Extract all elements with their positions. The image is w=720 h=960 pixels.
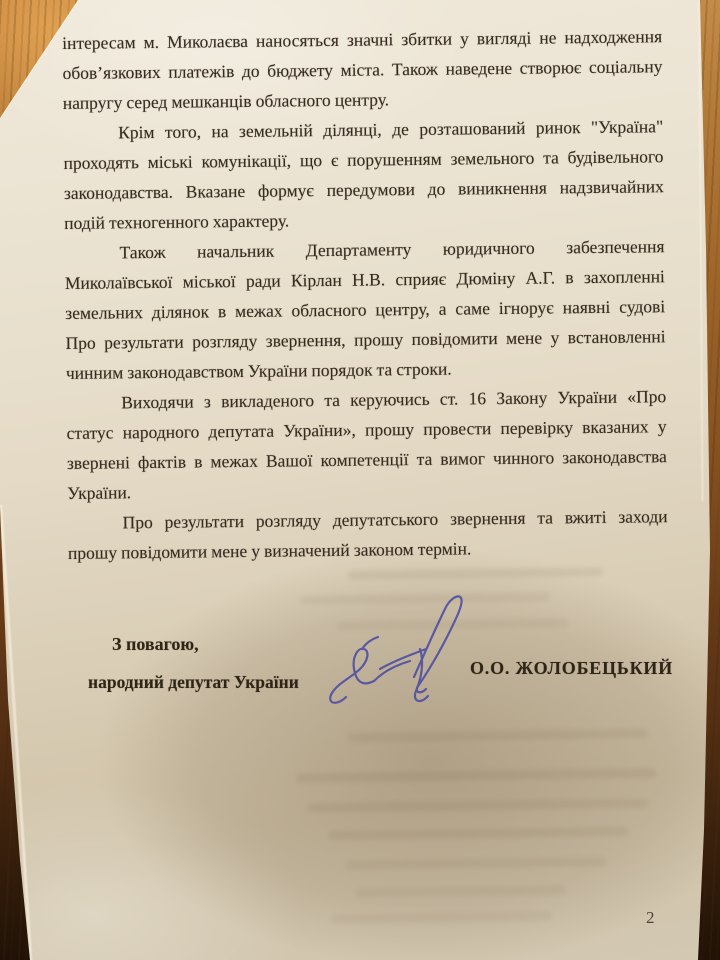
letter-body: інтересам м. Миколаєва наносяться значні… <box>62 21 668 568</box>
bleed-through-text-line <box>348 729 648 742</box>
signatory-title: народний депутат України <box>88 672 299 693</box>
bleed-through-text-line <box>296 768 656 782</box>
paragraph: Крім того, на земельній ділянці, де розт… <box>63 111 664 238</box>
signatory-name: О.О. ЖОЛОБЕЦЬКИЙ <box>470 658 673 679</box>
text-line: прошу повідомити мене у визначений закон… <box>68 531 668 568</box>
paper-sheet: інтересам м. Миколаєва наносяться значні… <box>0 0 720 960</box>
handwritten-signature-icon <box>318 585 488 720</box>
bleed-through-text-line <box>348 567 603 580</box>
bleed-through-text-line <box>346 857 606 870</box>
bleed-through-text-line <box>356 886 566 898</box>
bleed-through-text-line <box>332 911 552 923</box>
paragraph: Про результати розгляду депутатського зв… <box>67 501 668 568</box>
paragraph: Також начальник Департаменту юридичного … <box>64 231 666 388</box>
bleed-through-text-line <box>328 827 628 840</box>
page-number: 2 <box>646 908 655 928</box>
closing-salutation: З повагою, <box>112 634 199 655</box>
photographed-letter-page: інтересам м. Миколаєва наносяться значні… <box>0 0 720 960</box>
paragraph: Виходячи з викладеного та керуючись ст. … <box>66 381 667 508</box>
paragraph: інтересам м. Миколаєва наносяться значні… <box>62 21 663 118</box>
bleed-through-text-line <box>308 799 648 813</box>
